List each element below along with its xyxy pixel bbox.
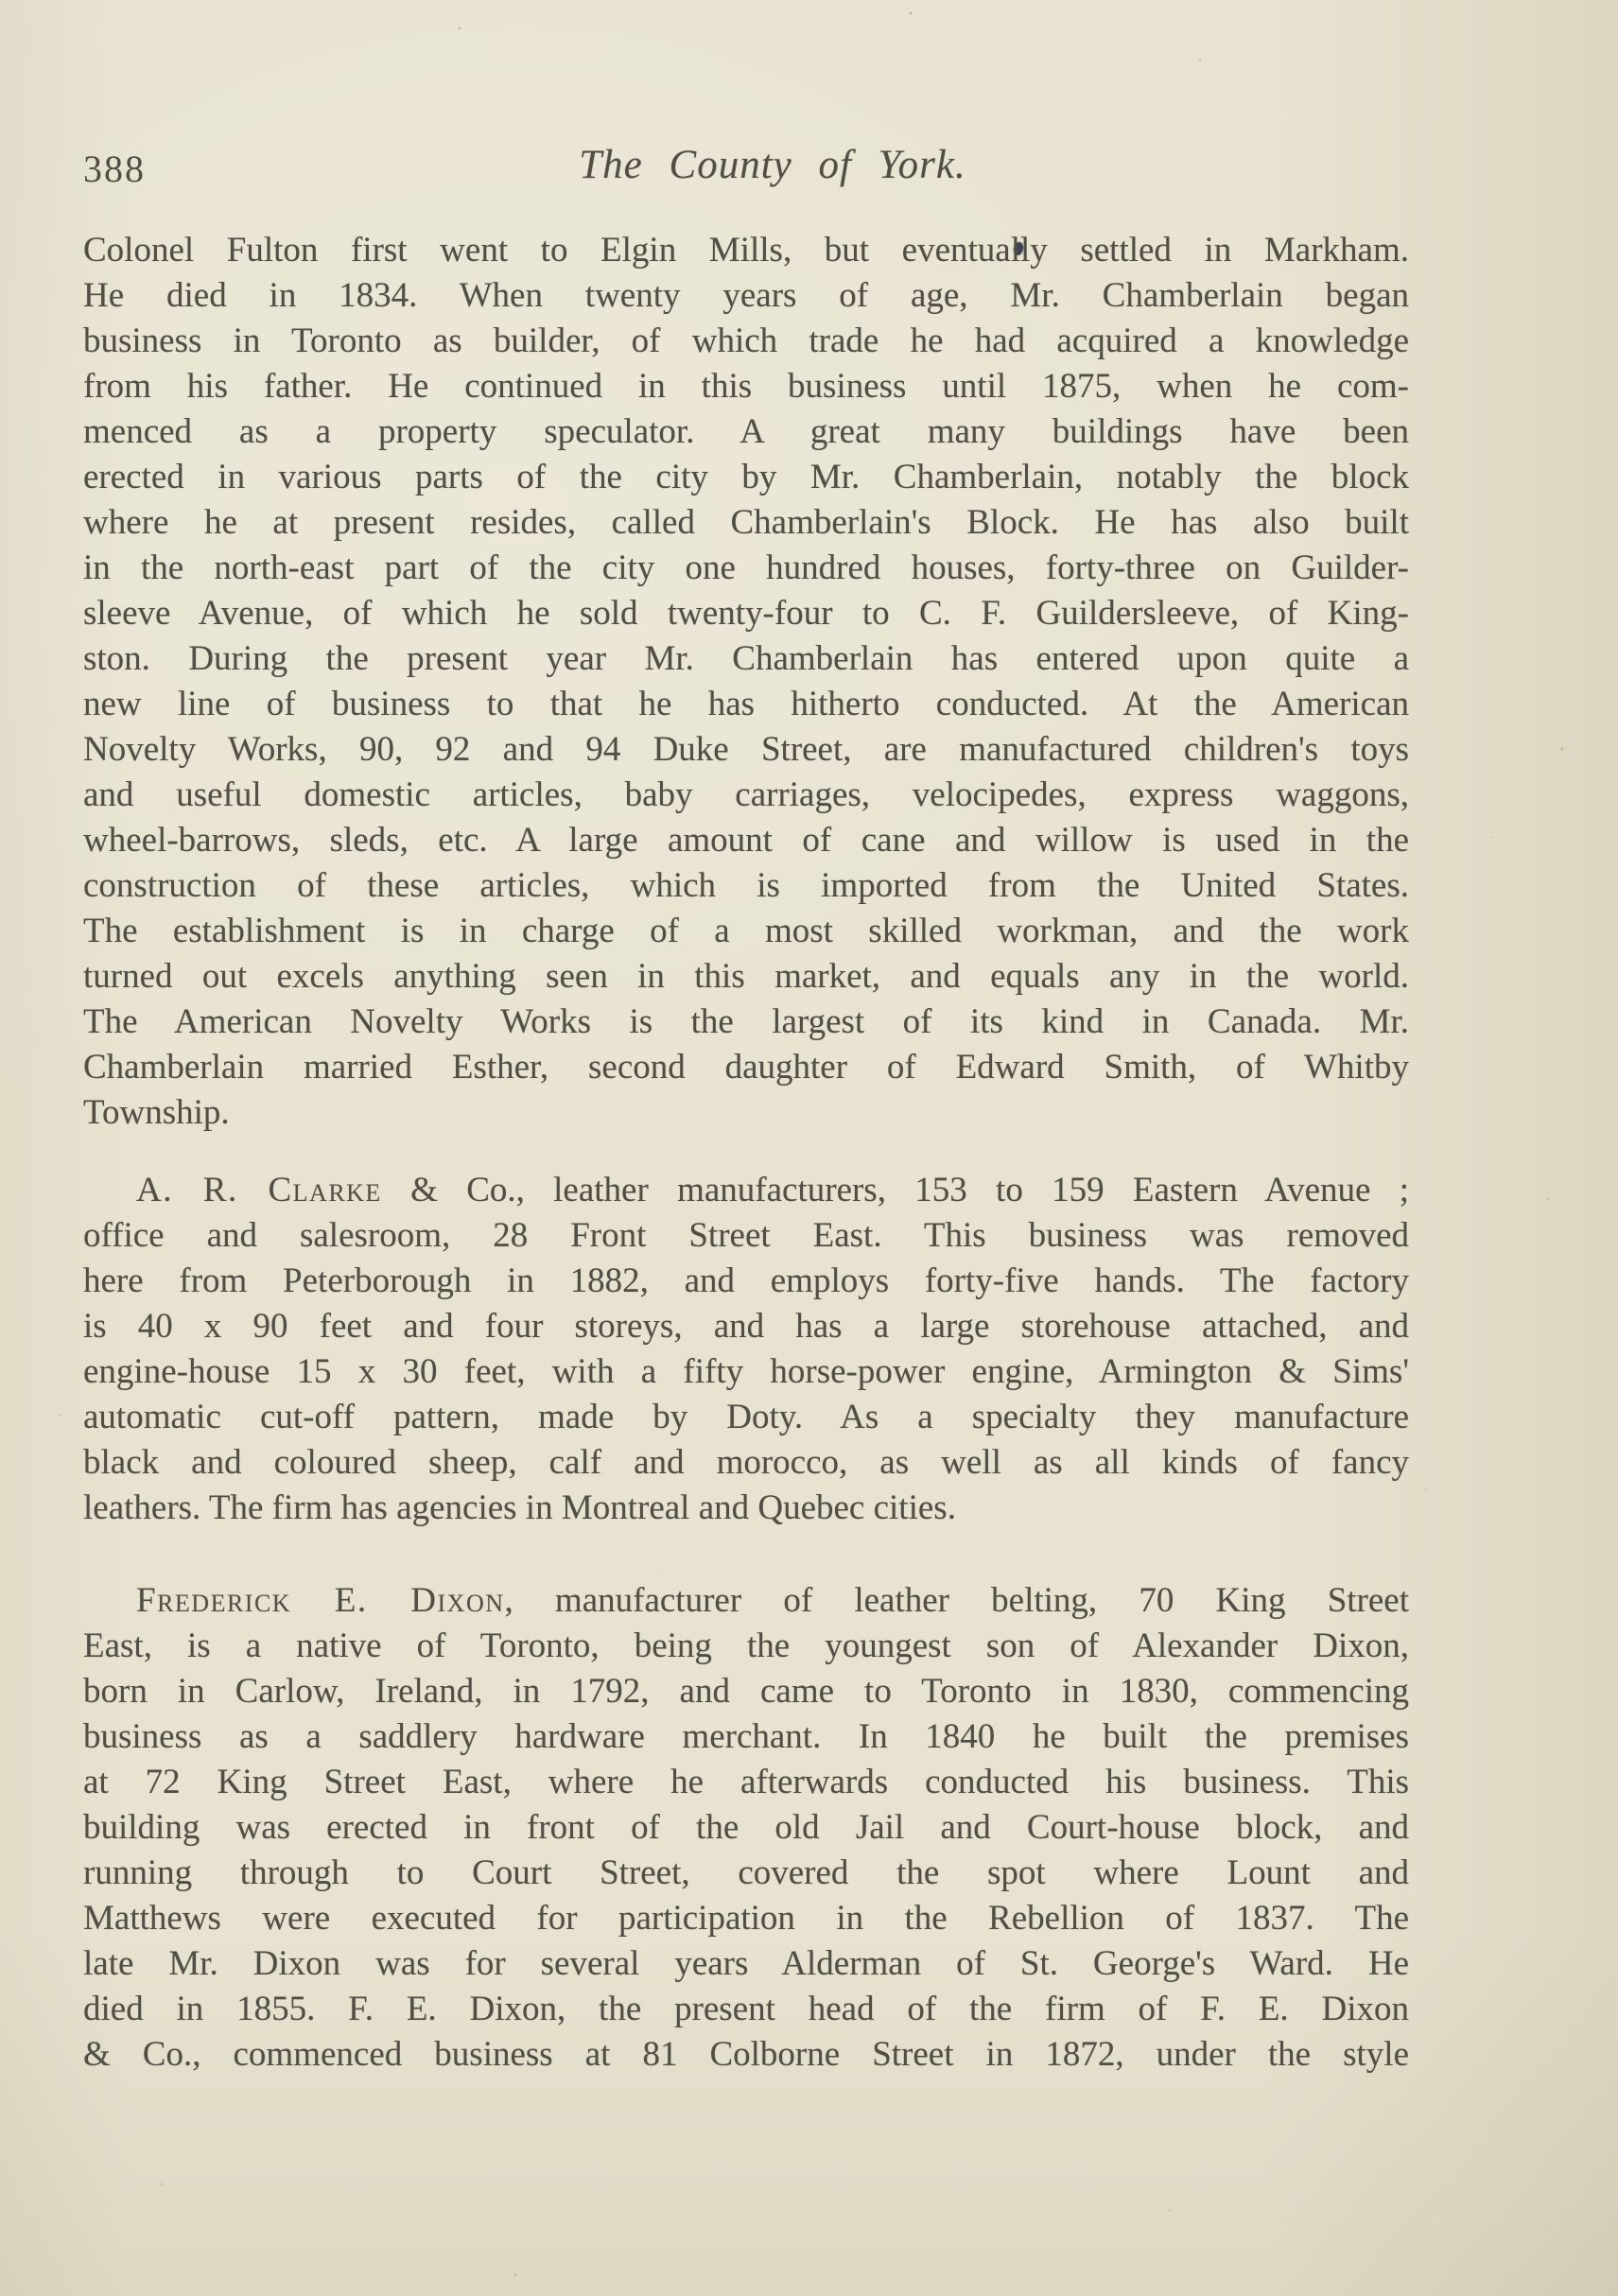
text-line: A. R. Clarke & Co., leather manufacturer… bbox=[83, 1168, 1409, 1213]
text-line: The American Novelty Works is the larges… bbox=[83, 1000, 1409, 1045]
paragraph: Colonel Fulton first went to Elgin Mills… bbox=[83, 228, 1409, 1136]
text-line: here from Peterborough in 1882, and empl… bbox=[83, 1259, 1409, 1304]
text-line: East, is a native of Toronto, being the … bbox=[83, 1624, 1409, 1669]
text-line: ston. During the present year Mr. Chambe… bbox=[83, 636, 1409, 682]
text-block: Colonel Fulton first went to Elgin Mills… bbox=[83, 228, 1409, 2078]
text-line: from his father. He continued in this bu… bbox=[83, 364, 1409, 409]
text-line: died in 1855. F. E. Dixon, the present h… bbox=[83, 1987, 1409, 2032]
paragraph: A. R. Clarke & Co., leather manufacturer… bbox=[83, 1168, 1409, 1531]
text-line: black and coloured sheep, calf and moroc… bbox=[83, 1440, 1409, 1486]
lead-name-smallcaps: A. R. Clarke bbox=[136, 1171, 382, 1209]
page-number: 388 bbox=[83, 147, 146, 191]
text-line: Chamberlain married Esther, second daugh… bbox=[83, 1045, 1409, 1090]
text-line: at 72 King Street East, where he afterwa… bbox=[83, 1760, 1409, 1805]
text-line: wheel-barrows, sleds, etc. A large amoun… bbox=[83, 818, 1409, 863]
text-line: in the north-east part of the city one h… bbox=[83, 546, 1409, 591]
text-line: erected in various parts of the city by … bbox=[83, 455, 1409, 500]
text-line: running through to Court Street, covered… bbox=[83, 1851, 1409, 1896]
text-line: office and salesroom, 28 Front Street Ea… bbox=[83, 1213, 1409, 1259]
lead-name-smallcaps: Frederick E. Dixon bbox=[136, 1581, 505, 1620]
text-line: new line of business to that he has hith… bbox=[83, 682, 1409, 727]
text-line: Novelty Works, 90, 92 and 94 Duke Street… bbox=[83, 727, 1409, 773]
text-line: born in Carlow, Ireland, in 1792, and ca… bbox=[83, 1669, 1409, 1714]
running-title: The County of York. bbox=[83, 142, 1409, 188]
text-line: Frederick E. Dixon, manufacturer of leat… bbox=[83, 1578, 1409, 1624]
text-line: late Mr. Dixon was for several years Ald… bbox=[83, 1941, 1409, 1987]
text-line: Colonel Fulton first went to Elgin Mills… bbox=[83, 228, 1409, 273]
book-page-scan: 388 The County of York. Colonel Fulton f… bbox=[0, 0, 1618, 2296]
text-line: & Co., commenced business at 81 Colborne… bbox=[83, 2032, 1409, 2078]
text-line: building was erected in front of the old… bbox=[83, 1805, 1409, 1851]
text-line: business as a saddlery hardware merchant… bbox=[83, 1714, 1409, 1760]
text-line: The establishment is in charge of a most… bbox=[83, 909, 1409, 954]
text-line: business in Toronto as builder, of which… bbox=[83, 319, 1409, 364]
text-line: engine-house 15 x 30 feet, with a fifty … bbox=[83, 1349, 1409, 1395]
text-line: where he at present resides, called Cham… bbox=[83, 500, 1409, 546]
text-line: sleeve Avenue, of which he sold twenty-f… bbox=[83, 591, 1409, 636]
text-line: construction of these articles, which is… bbox=[83, 863, 1409, 909]
text-line: automatic cut-off pattern, made by Doty.… bbox=[83, 1395, 1409, 1440]
text-line: Matthews were executed for participation… bbox=[83, 1896, 1409, 1941]
text-line: Township. bbox=[83, 1090, 1409, 1136]
text-line: and useful domestic articles, baby carri… bbox=[83, 773, 1409, 818]
text-line: menced as a property speculator. A great… bbox=[83, 409, 1409, 455]
text-line: is 40 x 90 feet and four storeys, and ha… bbox=[83, 1304, 1409, 1349]
paragraph: Frederick E. Dixon, manufacturer of leat… bbox=[83, 1578, 1409, 2078]
text-line: leathers. The firm has agencies in Montr… bbox=[83, 1486, 1409, 1531]
text-line: turned out excels anything seen in this … bbox=[83, 954, 1409, 1000]
text-line: He died in 1834. When twenty years of ag… bbox=[83, 273, 1409, 319]
page-header: 388 The County of York. bbox=[83, 142, 1409, 202]
